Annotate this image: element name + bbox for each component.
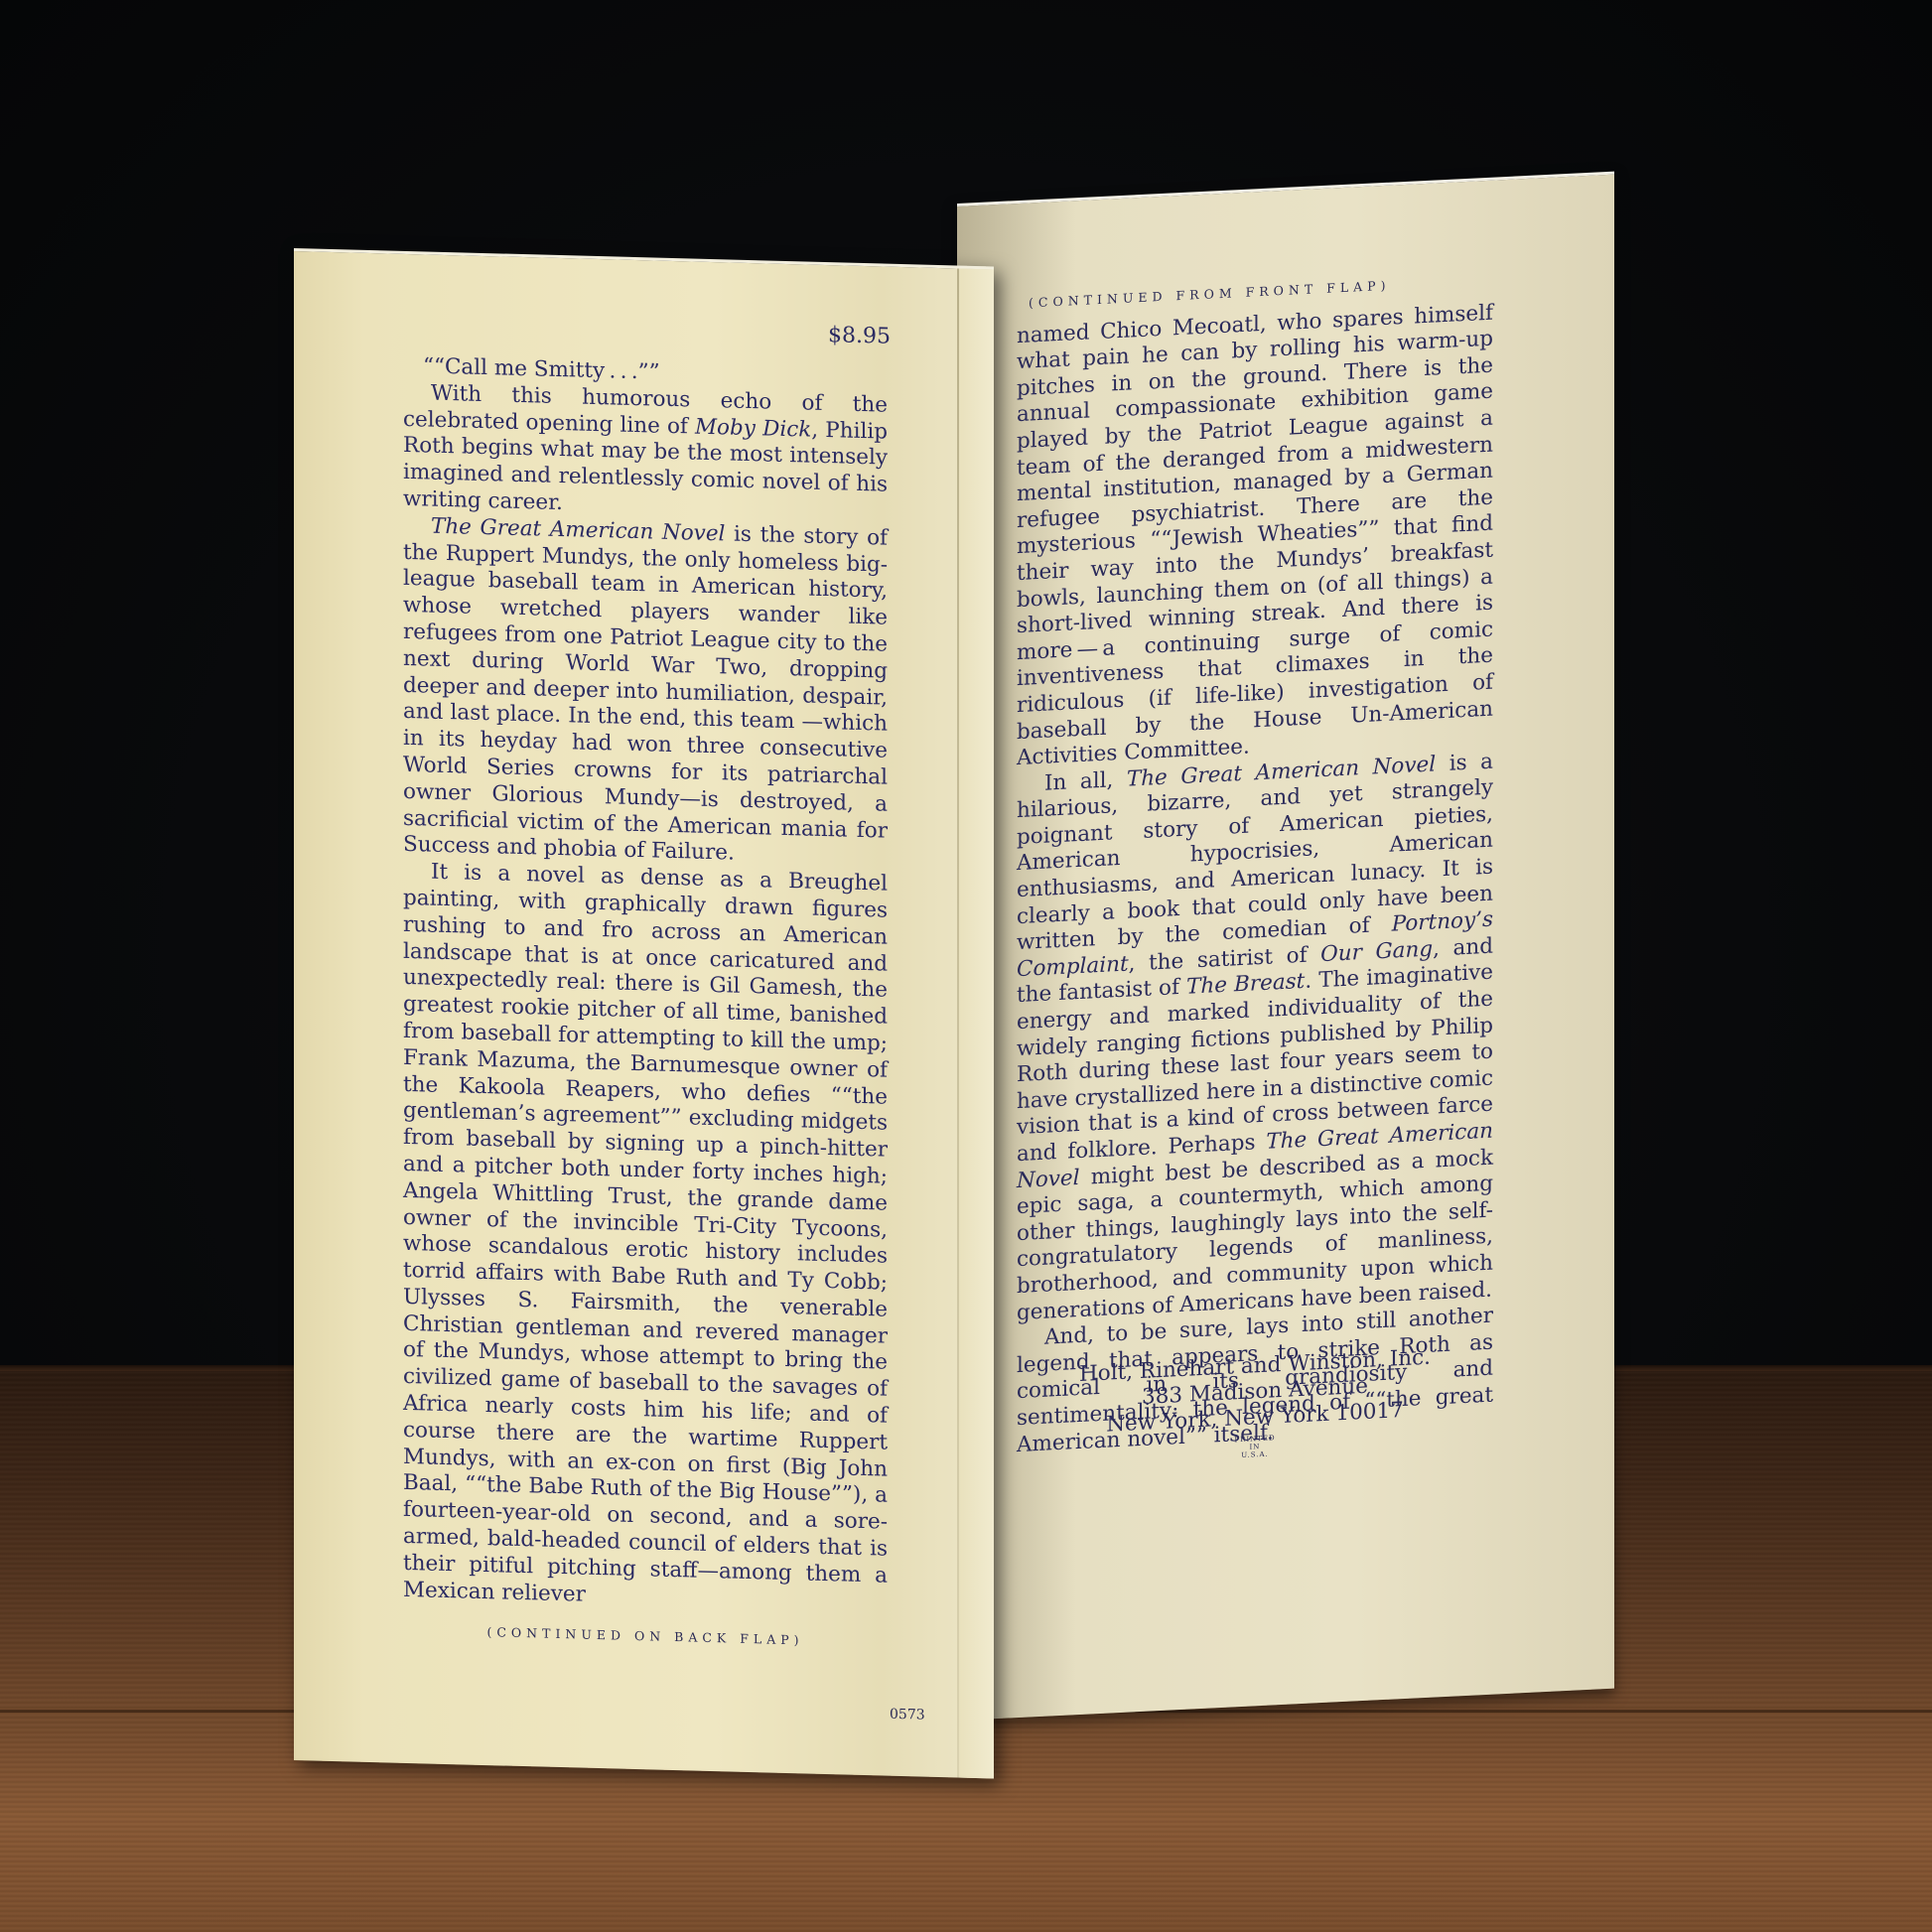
front-flap-fold-strip — [959, 269, 994, 1779]
front-flap-paragraph: With this humorous echo of the celebrate… — [403, 380, 888, 526]
italic-title-run: Our Gang — [1320, 936, 1433, 967]
italic-title-run: The Breast — [1186, 969, 1305, 1000]
publisher-imprint: Holt, Rinehart and Winston, Inc. 383 Mad… — [1017, 1342, 1493, 1470]
text-run: named Chico Mecoatl, who spares himself … — [1017, 300, 1493, 770]
job-number: 0573 — [890, 1707, 925, 1724]
text-run: It is a novel as dense as a Breughel pai… — [403, 860, 888, 1607]
front-flap-paragraph: It is a novel as dense as a Breughel pai… — [403, 859, 888, 1616]
front-flap-fold-line — [957, 268, 959, 1777]
printed-in-usa-mark: PRINTED IN U.S.A. — [1225, 1434, 1285, 1460]
back-flap-text: (CONTINUED FROM FRONT FLAP) named Chico … — [1017, 268, 1493, 1459]
text-run: is the story of the Ruppert Mundys, the … — [403, 521, 888, 866]
front-flap: $8.95 ““Call me Smitty . . .””With this … — [294, 248, 994, 1778]
back-flap-paragraph: named Chico Mecoatl, who spares himself … — [1017, 300, 1493, 772]
text-run: ““Call me Smitty . . .”” — [423, 353, 660, 384]
back-flap: (CONTINUED FROM FRONT FLAP) named Chico … — [957, 172, 1614, 1721]
front-flap-text: ““Call me Smitty . . .””With this humoro… — [403, 353, 888, 1657]
front-flap-paragraphs: ““Call me Smitty . . .””With this humoro… — [403, 353, 888, 1616]
continued-on-back-flap-note: (CONTINUED ON BACK FLAP) — [403, 1617, 888, 1657]
price-label: $8.95 — [828, 323, 891, 349]
back-flap-paragraphs: named Chico Mecoatl, who spares himself … — [1017, 300, 1493, 1458]
text-run: might best be described as a mock epic s… — [1017, 1145, 1493, 1324]
italic-title-run: Moby Dick — [695, 414, 811, 442]
text-run: In all, — [1044, 766, 1127, 795]
front-flap-paragraph: The Great American Novel is the story of… — [403, 513, 888, 872]
back-flap-paragraph: In all, The Great American Novel is a hi… — [1017, 749, 1493, 1326]
